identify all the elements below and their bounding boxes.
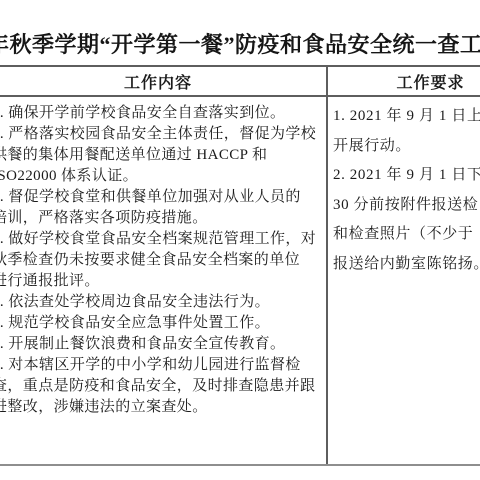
work-content-line: ISO22000 体系认证。 [0, 166, 332, 187]
work-content-line: 6. 规范学校食品安全应急事件处置工作。 [0, 313, 332, 334]
work-requirements-cell: 1. 2021 年 9 月 1 日上开展行动。2. 2021 年 9 月 1 日… [333, 102, 480, 279]
work-content-line: 进整改，涉嫌违法的立案查处。 [0, 397, 332, 418]
work-content-line: 1. 确保开学前学校食品安全自查落实到位。 [0, 103, 332, 124]
work-requirements-line: 30 分前按附件报送检 [333, 191, 480, 221]
work-requirements-line: 开展行动。 [333, 132, 480, 162]
table-bottom-border [0, 464, 480, 466]
document-title: 年秋季学期“开学第一餐”防疫和食品安全统一查工 [0, 31, 480, 58]
work-content-line: 4. 做好学校食堂食品安全档案规范管理工作，对 [0, 229, 332, 250]
work-requirements-line: 报送给内勤室陈铭扬。 [333, 250, 480, 280]
column-header-work-content: 工作内容 [0, 67, 326, 95]
work-content-line: 8. 对本辖区开学的中小学和幼儿园进行监督检 [0, 355, 332, 376]
work-requirements-line: 和检查照片（不少于 [333, 220, 480, 250]
work-content-line: 秋季检查仍未按要求健全食品安全档案的单位 [0, 250, 332, 271]
header-separator-border [0, 95, 480, 97]
work-content-line: 培训，严格落实各项防疫措施。 [0, 208, 332, 229]
work-table: 工作内容 工作要求 1. 确保开学前学校食品安全自查落实到位。2. 严格落实校园… [0, 65, 480, 466]
work-content-line: 2. 严格落实校园食品安全主体责任，督促为学校 [0, 124, 332, 145]
work-content-cell: 1. 确保开学前学校食品安全自查落实到位。2. 严格落实校园食品安全主体责任，督… [0, 103, 332, 418]
work-content-line: 供餐的集体用餐配送单位通过 HACCP 和 [0, 145, 332, 166]
work-content-line: 3. 督促学校食堂和供餐单位加强对从业人员的 [0, 187, 332, 208]
work-content-line: 5. 依法查处学校周边食品安全违法行为。 [0, 292, 332, 313]
document-page: 年秋季学期“开学第一餐”防疫和食品安全统一查工 工作内容 工作要求 1. 确保开… [0, 0, 480, 480]
work-content-line: 进行通报批评。 [0, 271, 332, 292]
column-header-work-requirements: 工作要求 [328, 67, 480, 95]
work-requirements-line: 2. 2021 年 9 月 1 日下 [333, 161, 480, 191]
work-requirements-line: 1. 2021 年 9 月 1 日上 [333, 102, 480, 132]
work-content-line: 7. 开展制止餐饮浪费和食品安全宣传教育。 [0, 334, 332, 355]
work-content-line: 查，重点是防疫和食品安全，及时排查隐患并跟 [0, 376, 332, 397]
